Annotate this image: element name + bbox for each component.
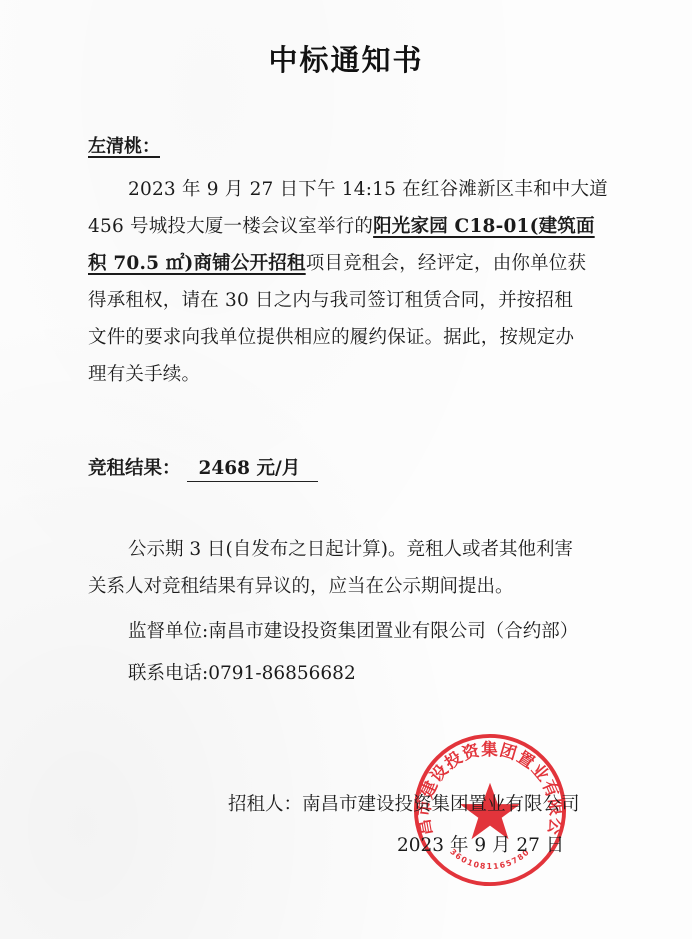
paragraph1-line1: 2023 年 9 月 27 日下午 14:15 在红谷滩新区丰和中大道 [128, 178, 608, 202]
supervisor-unit: 监督单位:南昌市建设投资集团置业有限公司（合约部） [128, 620, 578, 644]
lessor-signature: 招租人：南昌市建设投资集团置业有限公司 [228, 793, 580, 817]
paragraph1-line2: 456 号城投大厦一楼会议室举行的阳光家园 C18-01(建筑面 [88, 215, 595, 239]
project-name-part1: 阳光家园 C18-01(建筑面 [373, 216, 595, 237]
paragraph1-line3: 积 70.5 ㎡)商铺公开招租项目竞租会，经评定，由你单位获 [88, 252, 586, 276]
signature-date: 2023 年 9 月 27 日 [397, 834, 564, 858]
paragraph1-line4: 得承租权，请在 30 日之内与我司签订租赁合同，并按招租 [88, 289, 573, 313]
paragraph1-line2-prefix: 456 号城投大厦一楼会议室举行的 [88, 216, 373, 237]
contact-phone: 联系电话:0791-86856682 [128, 662, 356, 686]
bid-result-value: 2468 元/月 [187, 457, 319, 482]
svg-text:南昌市建设投资集团置业有限公司: 南昌市建设投资集团置业有限公司 [412, 732, 566, 837]
bid-result-label: 竞租结果： [88, 458, 181, 479]
document-title: 中标通知书 [0, 38, 692, 79]
paragraph1-line6: 理有关手续。 [88, 363, 200, 387]
bid-result: 竞租结果：2468 元/月 [88, 457, 318, 482]
paragraph1-line5: 文件的要求向我单位提供相应的履约保证。据此，按规定办 [88, 326, 574, 350]
paragraph1-line3-suffix: 项目竞租会，经评定，由你单位获 [306, 253, 587, 274]
project-name-part2: 积 70.5 ㎡)商铺公开招租 [88, 253, 306, 274]
recipient-name: 左清桃： [88, 135, 160, 159]
notice-line2: 关系人对竞租结果有异议的，应当在公示期间提出。 [88, 575, 514, 599]
notice-line1: 公示期 3 日(自发布之日起计算)。竞租人或者其他利害 [128, 538, 573, 562]
document-page: 中标通知书 左清桃： 2023 年 9 月 27 日下午 14:15 在红谷滩新… [0, 0, 692, 939]
